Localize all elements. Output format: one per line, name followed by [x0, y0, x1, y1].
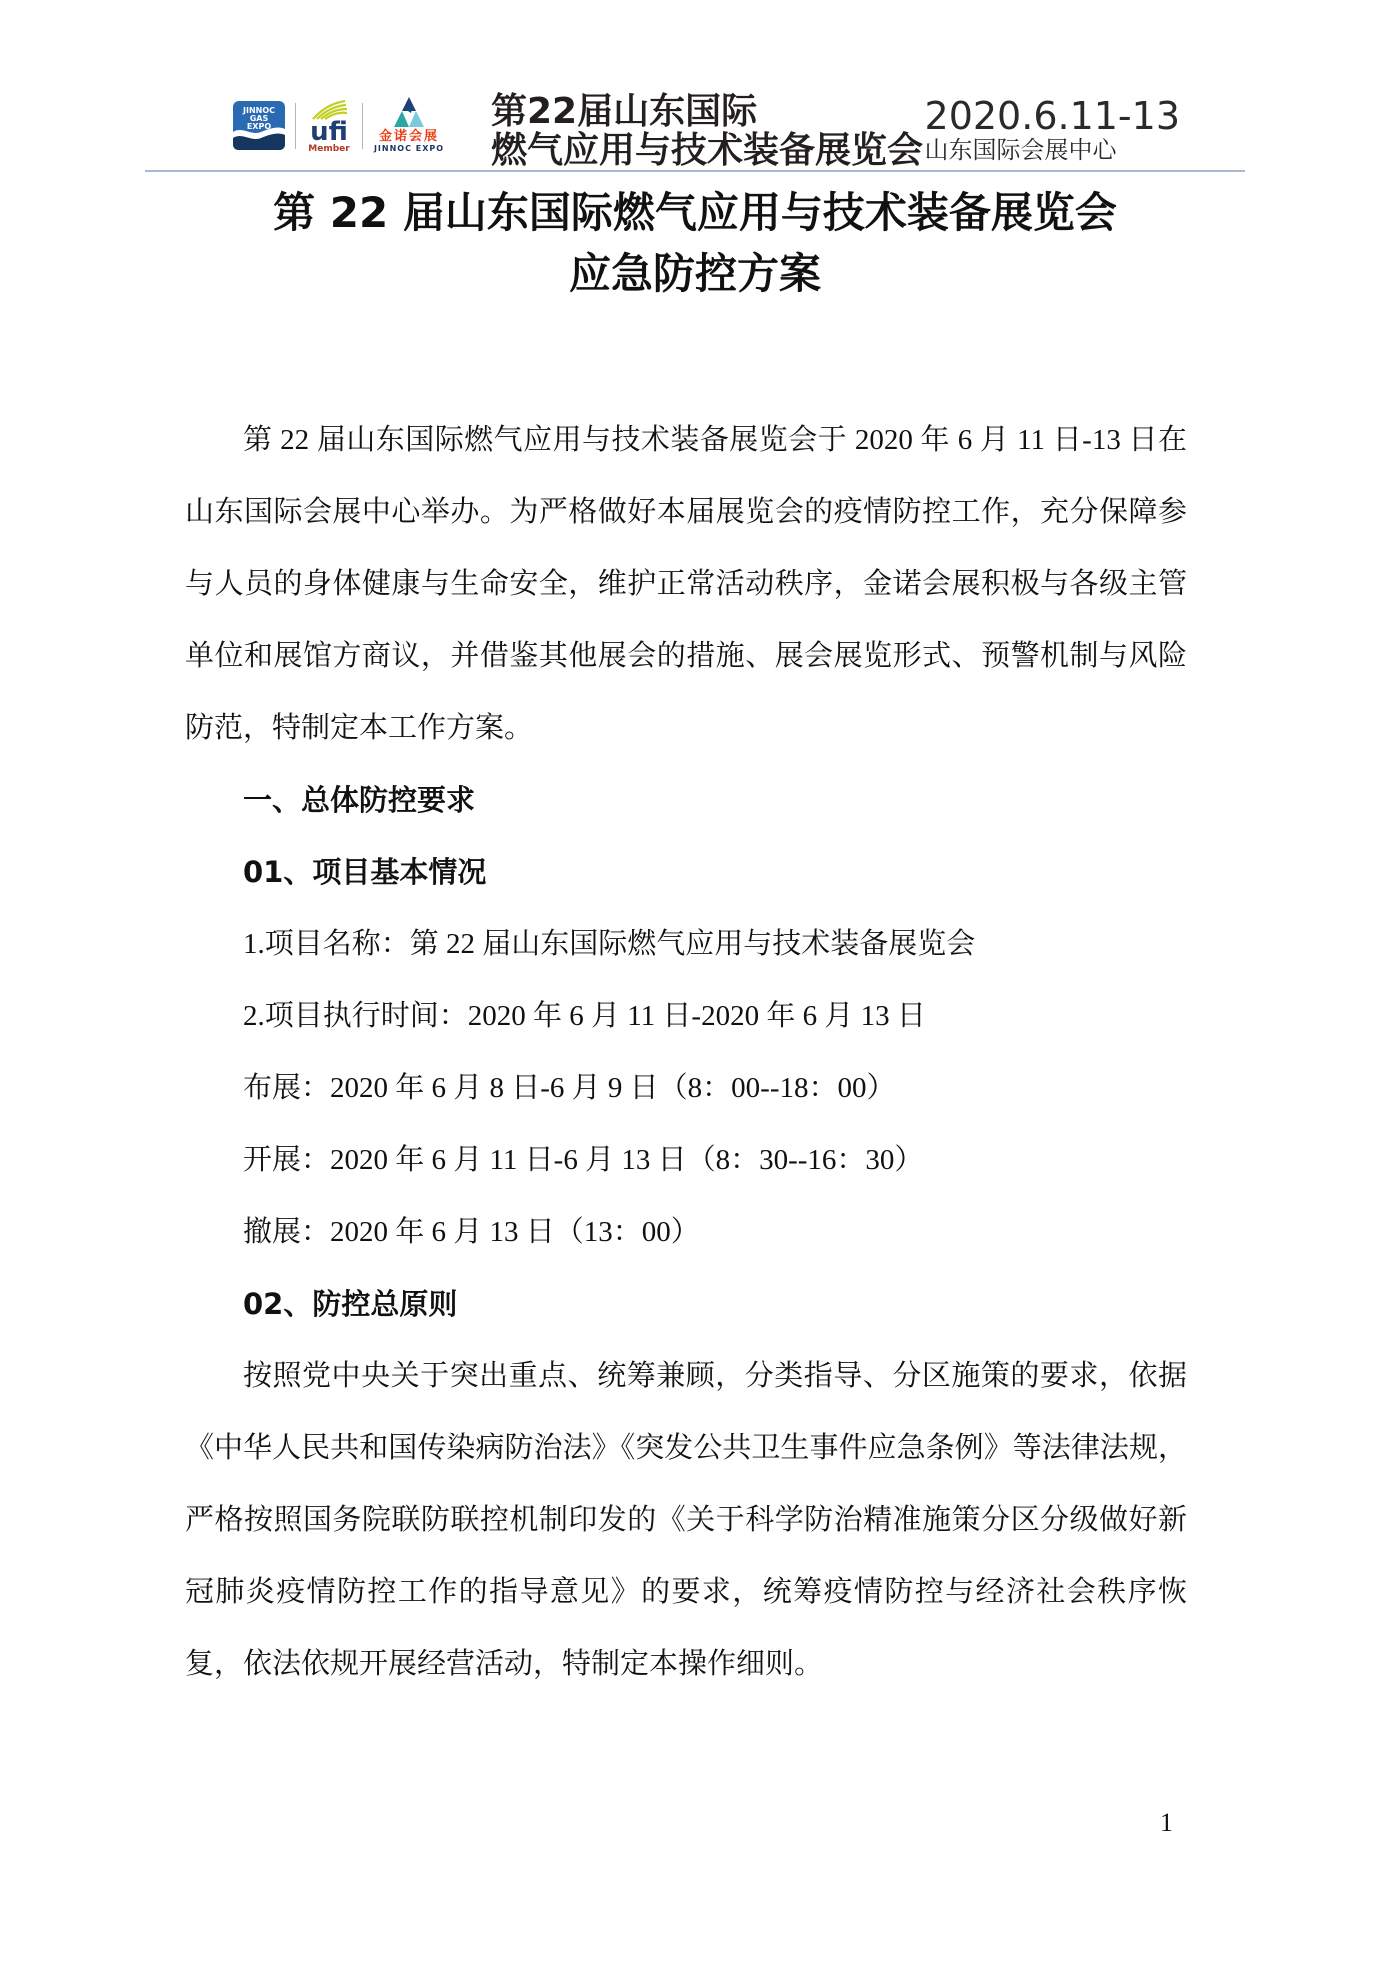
paragraph-intro: 第 22 届山东国际燃气应用与技术装备展览会于 2020 年 6 月 11 日-… [185, 404, 1187, 764]
document-title: 第 22 届山东国际燃气应用与技术装备展览会 应急防控方案 [0, 182, 1390, 304]
header-venue: 山东国际会展中心 [925, 136, 1180, 164]
header: JINNOC GAS EXPO ufi Member [233, 88, 1180, 168]
section-heading-overall: 一、总体防控要求 [185, 764, 1187, 836]
header-expo-title-line1: 第22届山东国际 [491, 92, 923, 131]
section-heading-principles: 02、防控总原则 [185, 1268, 1187, 1340]
ufi-logo-text: ufi [310, 120, 348, 144]
logo-divider [362, 103, 363, 149]
list-item-project-time: 2.项目执行时间：2020 年 6 月 11 日-2020 年 6 月 13 日 [185, 980, 1187, 1052]
logo-divider [295, 103, 296, 149]
page-number: 1 [1160, 1808, 1173, 1838]
list-item-project-name: 1.项目名称：第 22 届山东国际燃气应用与技术装备展览会 [185, 908, 1187, 980]
header-date: 2020.6.11-13 [925, 96, 1180, 136]
jinnoc-expo-triangle-icon [391, 96, 427, 129]
document-body: 第 22 届山东国际燃气应用与技术装备展览会于 2020 年 6 月 11 日-… [185, 404, 1187, 1700]
list-item-teardown-time: 撤展：2020 年 6 月 13 日（13：00） [185, 1196, 1187, 1268]
jinnoc-expo-logo: 金诺会展 JINNOC EXPO [373, 96, 445, 153]
paragraph-principles: 按照党中央关于突出重点、统筹兼顾，分类指导、分区施策的要求，依据《中华人民共和国… [185, 1340, 1187, 1700]
header-rule [145, 170, 1245, 172]
section-heading-project-info: 01、项目基本情况 [185, 836, 1187, 908]
document-title-line2: 应急防控方案 [0, 243, 1390, 304]
jinnoc-expo-en-label: JINNOC EXPO [374, 144, 444, 153]
header-expo-title: 第22届山东国际 燃气应用与技术装备展览会 [491, 92, 923, 170]
ufi-member-logo: ufi Member [306, 100, 352, 154]
jinnoc-gas-expo-logo: JINNOC GAS EXPO [233, 101, 285, 150]
logo-box-line3: EXPO [247, 122, 271, 131]
list-item-open-time: 开展：2020 年 6 月 11 日-6 月 13 日（8：30--16：30） [185, 1124, 1187, 1196]
ufi-member-label: Member [308, 144, 349, 154]
document-title-line1: 第 22 届山东国际燃气应用与技术装备展览会 [0, 182, 1390, 243]
header-expo-title-line2: 燃气应用与技术装备展览会 [491, 131, 923, 170]
jinnoc-expo-cn-label: 金诺会展 [379, 130, 439, 144]
list-item-setup-time: 布展：2020 年 6 月 8 日-6 月 9 日（8：00--18：00） [185, 1052, 1187, 1124]
jinnoc-gas-expo-logo-icon: JINNOC GAS EXPO [233, 101, 285, 150]
header-date-venue: 2020.6.11-13 山东国际会展中心 [925, 96, 1180, 164]
document-page: JINNOC GAS EXPO ufi Member [0, 0, 1390, 1965]
